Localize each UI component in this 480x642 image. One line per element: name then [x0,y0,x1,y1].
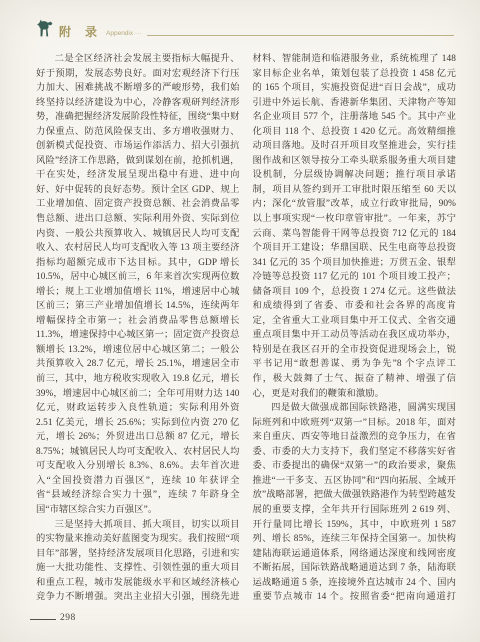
header-rule [147,35,454,36]
page-number: 298 [60,614,76,624]
section-subtitle: Appendix ··· [106,29,141,38]
body-text-columns: 二是全区经济社会发展主要指标大幅提升、好于预期，发展态势良好。面对宏观经济下行压… [36,52,456,605]
document-page: 附 录 Appendix ··· 二是全区经济社会发展主要指标大幅提升、好于预期… [0,0,480,642]
page-header: 附 录 Appendix ··· [36,16,454,38]
horse-logo-icon [36,19,53,38]
page-footer: 298 [30,612,76,626]
page-number-rule [30,619,56,620]
paragraph: 二是全区经济社会发展主要指标大幅提升、好于预期，发展态势良好。面对宏观经济下行压… [36,52,240,518]
section-title: 附 录 [59,26,99,38]
